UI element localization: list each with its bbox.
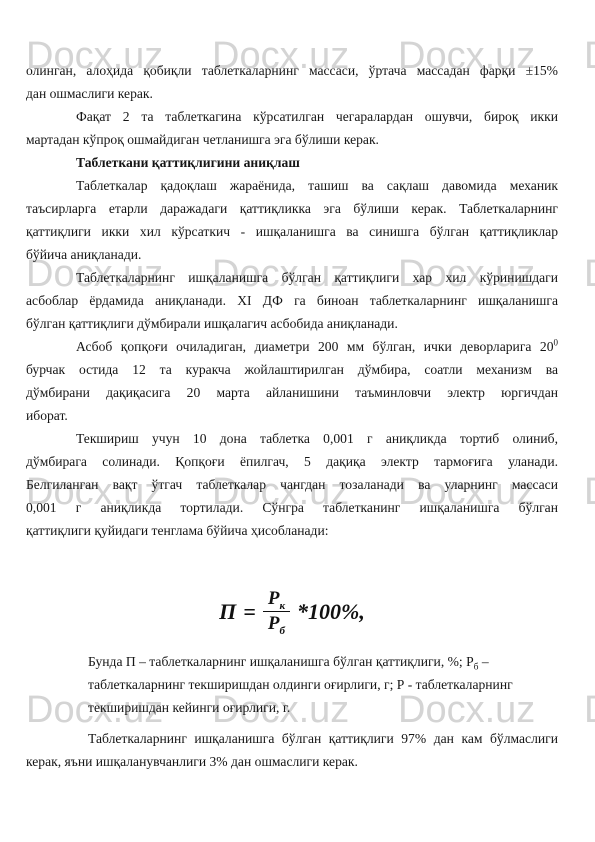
paragraph-line: асбоблар ёрдамида аниқланади. XI ДФ га б…: [26, 289, 558, 312]
watermark-text: Docx.uz: [584, 255, 595, 293]
paragraph-line: дўмбирани дақиқасига 20 марта айланишини…: [26, 381, 558, 404]
line-text: –: [479, 654, 489, 669]
document-content: олинган, алоҳида қобиқли таблеткаларнинг…: [26, 59, 558, 773]
paragraph-line: Таблеткаларнинг ишқаланишга бўлган қатти…: [26, 266, 558, 289]
paragraph-line: бўйича аниқланади.: [26, 243, 558, 266]
paragraph-line: қаттиқлиги икки хил кўрсаткич - ишқалани…: [26, 220, 558, 243]
paragraph-line: таъсирларга етарли даражадаги қаттиқликк…: [26, 197, 558, 220]
paragraph-line: Асбоб қопқоғи очиладиган, диаметри 200 м…: [26, 335, 558, 358]
line-text: Асбоб қопқоғи очиладиган, диаметри 200 м…: [76, 339, 554, 354]
paragraph-mass-deviation: олинган, алоҳида қобиқли таблеткаларнинг…: [26, 59, 558, 105]
paragraph-line: Белгиланган вақт ўтгач таблеткалар чангд…: [26, 473, 558, 496]
paragraph-mechanical-hardness: Таблеткалар қадоқлаш жараёнида, ташиш ва…: [26, 174, 558, 266]
degree-superscript: 0: [554, 337, 559, 347]
formula-equation: П = Pк Pб *100%,: [219, 588, 365, 635]
denominator-subscript: б: [279, 625, 285, 637]
paragraph-line: Бунда П – таблеткаларнинг ишқаланишга бў…: [26, 650, 558, 673]
denominator-base: P: [268, 613, 280, 634]
paragraph-line: иборат.: [26, 404, 558, 427]
watermark-text: Docx.uz: [584, 37, 595, 75]
paragraph-line: бўлган қаттиқлиги дўмбирали ишқалагич ас…: [26, 312, 558, 335]
paragraph-line: таблеткаларнинг текширишдан олдинги оғир…: [26, 673, 558, 696]
paragraph-test-procedure: Текшириш учун 10 дона таблетка 0,001 г а…: [26, 427, 558, 542]
formula-equals: =: [243, 600, 256, 623]
section-heading: Таблеткани қаттиқлигини аниқлаш: [26, 151, 558, 174]
formula-fraction: Pк Pб: [263, 588, 290, 635]
line-text: Бунда П – таблеткаларнинг ишқаланишга бў…: [88, 654, 474, 669]
formula-numerator: Pк: [263, 588, 290, 612]
paragraph-line: Таблеткаларнинг ишқаланишга бўлган қатти…: [26, 727, 558, 750]
paragraph-line: 0,001 г аниқликда тортилади. Сўнгра табл…: [26, 496, 558, 519]
watermark-text: Docx.uz: [584, 691, 595, 729]
formula-lhs: П: [219, 600, 236, 623]
paragraph-line: бурчак остида 12 та куракча жойлаштирилг…: [26, 358, 558, 381]
paragraph-formula-legend: Бунда П – таблеткаларнинг ишқаланишга бў…: [26, 650, 558, 719]
paragraph-requirement: Таблеткаларнинг ишқаланишга бўлган қатти…: [26, 727, 558, 773]
document-page: Docx.uz Docx.uz Docx.uz Docx.uz Docx.uz …: [0, 0, 595, 842]
paragraph-line: керак, яъни ишқаланувчанлиги 3% дан ошма…: [26, 750, 558, 773]
paragraph-abrasion-devices: Таблеткаларнинг ишқаланишга бўлган қатти…: [26, 266, 558, 335]
paragraph-line: Фақат 2 та таблеткагина кўрсатилган чега…: [26, 105, 558, 128]
numerator-base: P: [268, 588, 280, 609]
formula-rhs: *100%,: [297, 600, 365, 623]
paragraph-line: Таблеткалар қадоқлаш жараёнида, ташиш ва…: [26, 174, 558, 197]
paragraph-device-description: Асбоб қопқоғи очиладиган, диаметри 200 м…: [26, 335, 558, 427]
paragraph-line: қаттиқлиги қуйидаги тенглама бўйича ҳисо…: [26, 519, 558, 542]
watermark-text: Docx.uz: [584, 473, 595, 511]
numerator-subscript: к: [279, 600, 285, 612]
paragraph-line: дан ошмаслиги керак.: [26, 82, 558, 105]
paragraph-line: Текшириш учун 10 дона таблетка 0,001 г а…: [26, 427, 558, 450]
paragraph-line: мартадан кўпроқ ошмайдиган четланишга эг…: [26, 128, 558, 151]
paragraph-two-tablets: Фақат 2 та таблеткагина кўрсатилган чега…: [26, 105, 558, 151]
paragraph-line: олинган, алоҳида қобиқли таблеткаларнинг…: [26, 59, 558, 82]
hardness-formula: П = Pк Pб *100%,: [26, 588, 558, 640]
formula-denominator: Pб: [268, 612, 285, 635]
paragraph-line: текширишдан кейинги оғирлиги, г.: [26, 696, 558, 719]
paragraph-line: дўмбирага солинади. Қопқоғи ёпилгач, 5 д…: [26, 450, 558, 473]
